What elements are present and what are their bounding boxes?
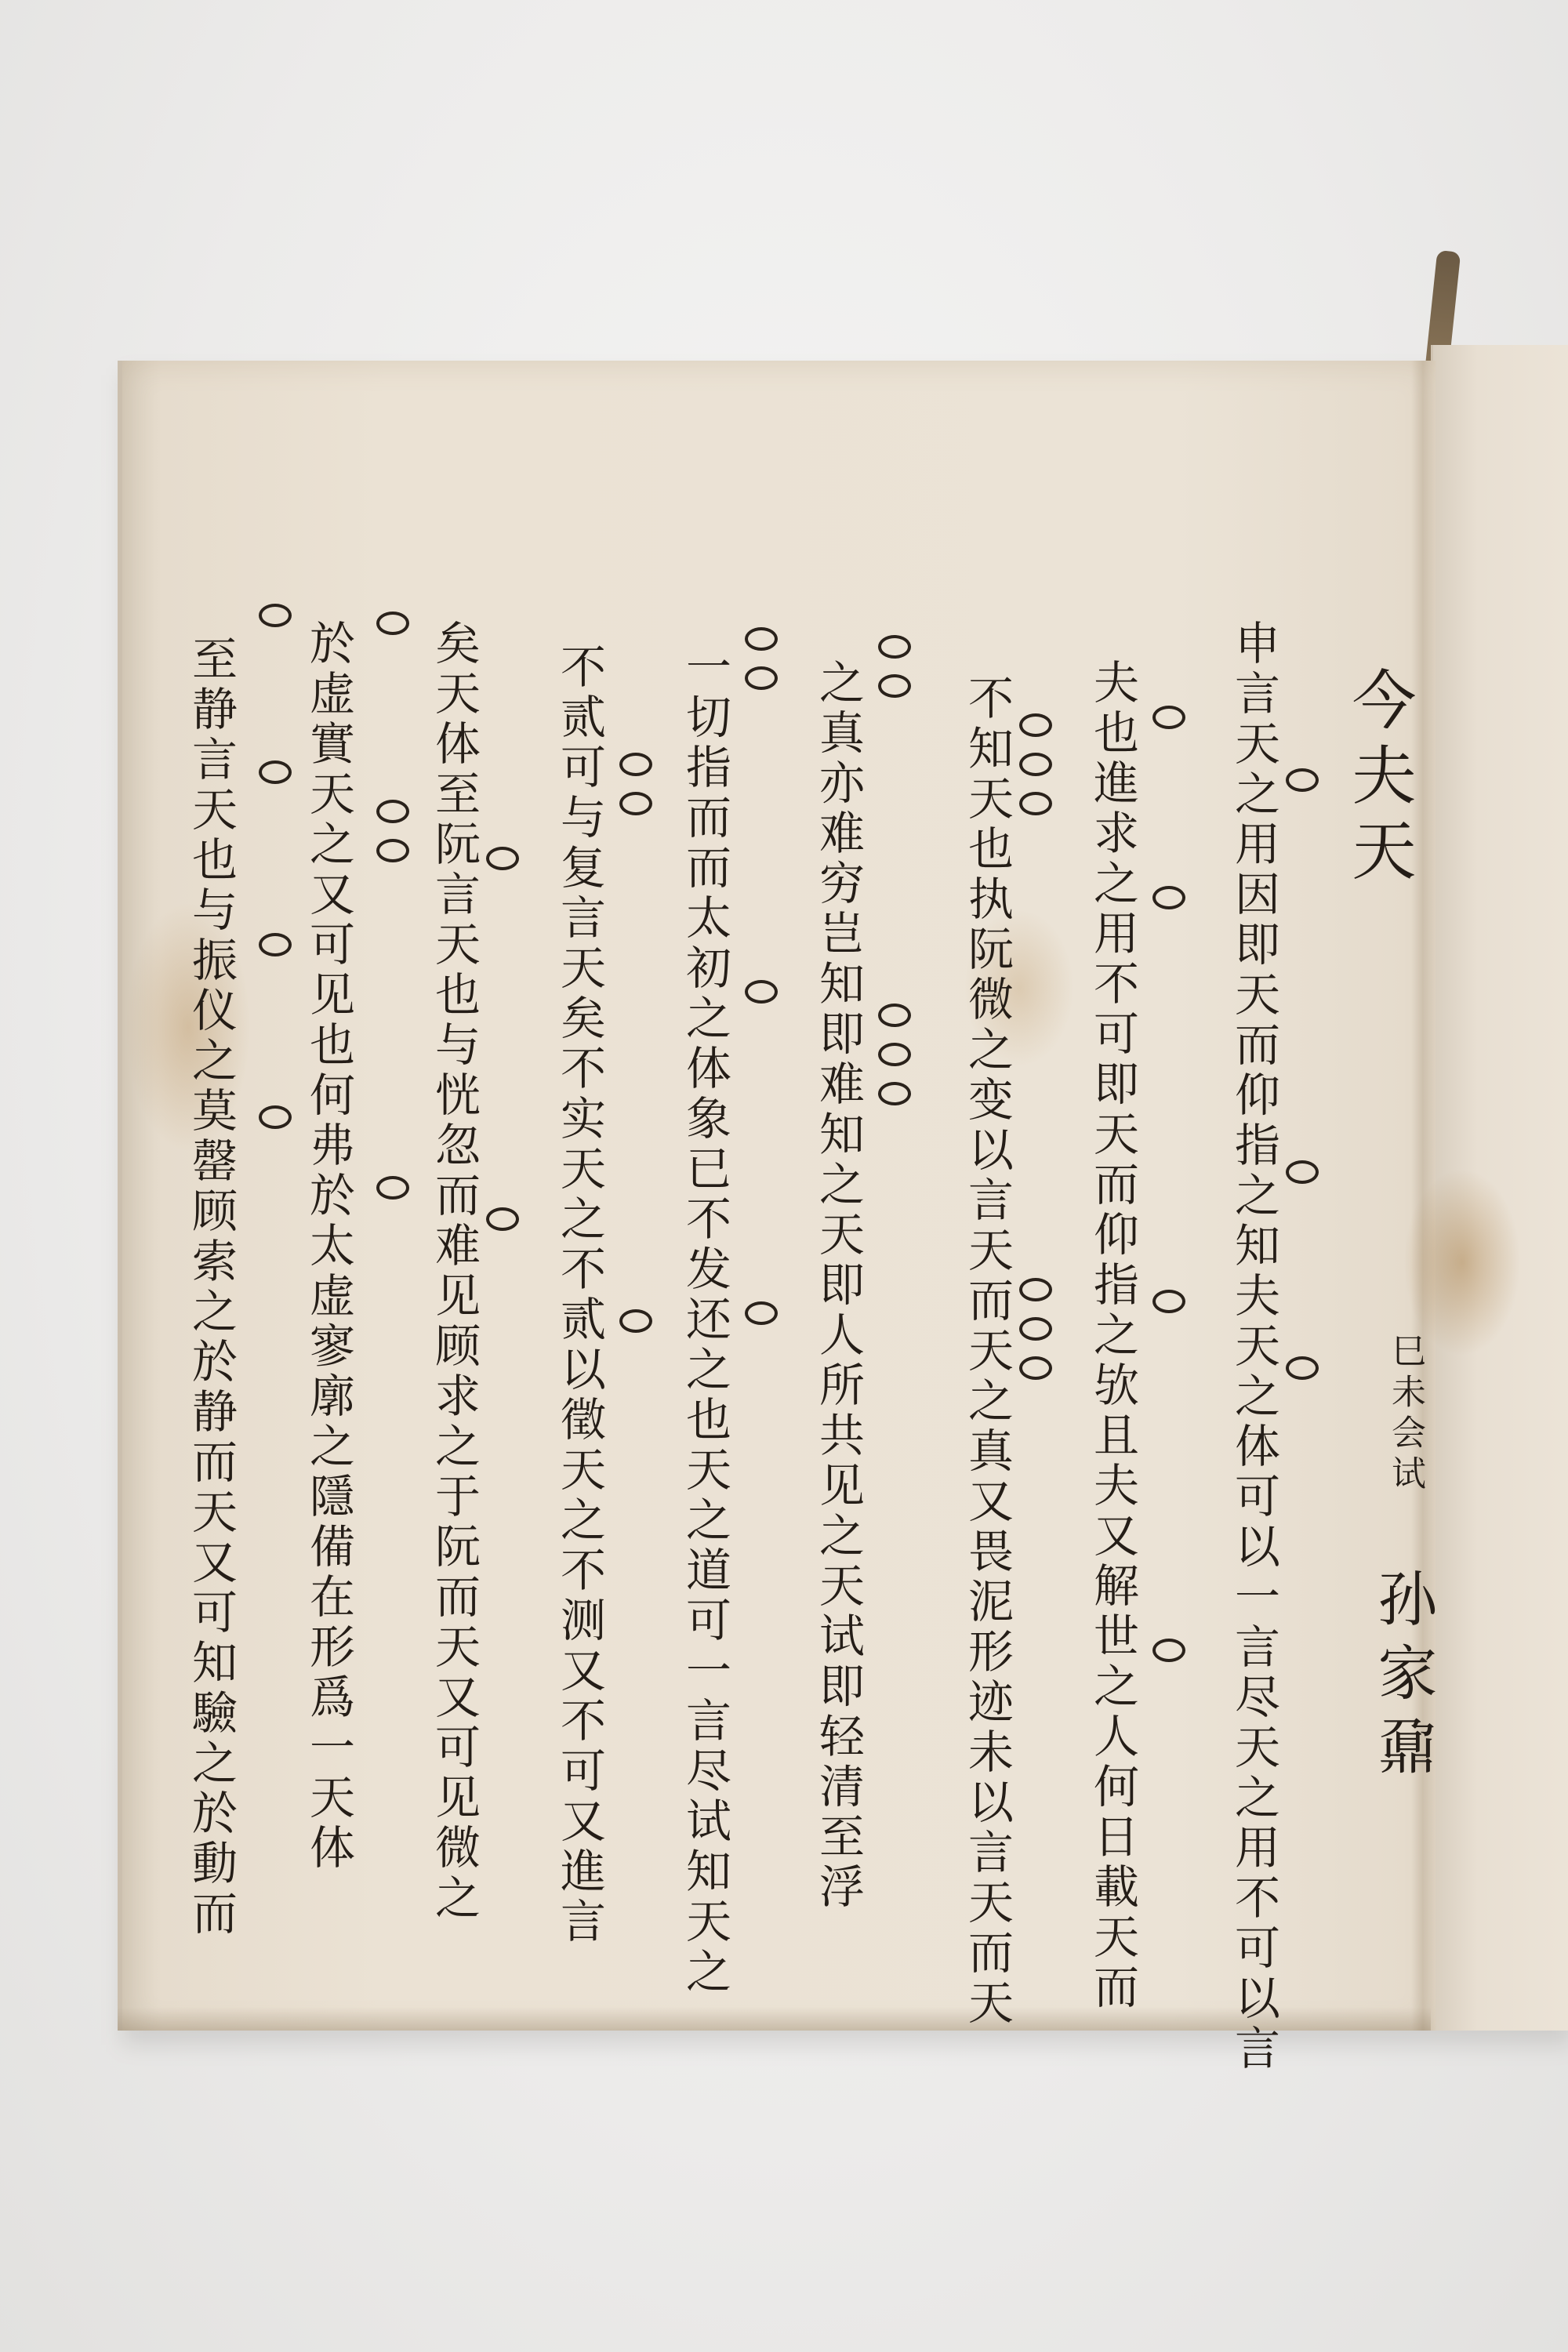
text-column-1: 申言天之用因即天而仰指之知夫天之体可以一言尽天之用不可以言: [1231, 619, 1276, 2074]
circle-mark: [878, 1004, 911, 1027]
circle-mark: [1152, 1290, 1185, 1313]
text-column-9: 至静言天也与振仪之莫罄顾索之於静而天又可知驗之於動而: [188, 635, 234, 1940]
circle-mark: [1019, 792, 1052, 815]
circle-mark: [1286, 1160, 1319, 1184]
text-column-8: 於虚實天之又可见也何弗於太虚寥廓之隱備在形爲一天体: [306, 619, 351, 1874]
circle-mark: [745, 980, 778, 1004]
circle-mark: [619, 1309, 652, 1333]
circle-mark: [1152, 1639, 1185, 1662]
circle-mark: [376, 1176, 409, 1200]
open-manuscript-book: 今夫天 巳未会试 孙家鼐 申言天之用因即天而仰指之知夫天之体可以一言尽天之用不可…: [118, 361, 1568, 2038]
circle-mark: [1019, 1356, 1052, 1380]
circle-mark: [619, 753, 652, 776]
circle-mark: [259, 933, 292, 956]
circle-mark: [259, 604, 292, 627]
circle-mark: [1019, 713, 1052, 737]
circle-mark: [619, 792, 652, 815]
circle-mark: [376, 839, 409, 862]
text-column-3: 不知天也执阮微之变以言天而天之真又畏泥形迹未以言天而天: [964, 674, 1010, 2029]
circle-mark: [1152, 886, 1185, 909]
author-name: 孙家鼐: [1360, 1568, 1446, 1789]
circle-mark: [1019, 1317, 1052, 1341]
text-column-5: 一切指而而太初之体象已不发还之也天之道可一言尽试知天之: [682, 643, 728, 1998]
text-column-6: 不贰可与复言天矣不实天之不贰以徵天之不测又不可又進言: [557, 643, 602, 1947]
circle-mark: [878, 674, 911, 698]
circle-mark: [745, 666, 778, 690]
exam-session-label: 巳未会试: [1380, 1333, 1430, 1496]
water-stain: [1403, 1168, 1521, 1356]
circle-mark: [376, 612, 409, 635]
essay-title: 今夫天: [1333, 666, 1425, 892]
circle-mark: [745, 627, 778, 651]
circle-mark: [486, 847, 519, 870]
circle-mark: [1286, 1356, 1319, 1380]
circle-mark: [878, 635, 911, 659]
circle-mark: [376, 800, 409, 823]
circle-mark: [878, 1043, 911, 1066]
circle-mark: [259, 1105, 292, 1129]
circle-mark: [259, 760, 292, 784]
circle-mark: [878, 1082, 911, 1105]
circle-mark: [1019, 1278, 1052, 1301]
circle-mark: [1019, 753, 1052, 776]
circle-mark: [486, 1207, 519, 1231]
text-column-7: 矣天体至阮言天也与恍忽而难见顾求之于阮而天又可见微之: [431, 619, 477, 1924]
circle-mark: [745, 1301, 778, 1325]
text-column-2: 夫也進求之用不可即天而仰指之欤且夫又解世之人何日載天而: [1090, 659, 1135, 2013]
circle-mark: [1286, 768, 1319, 792]
circle-mark: [1152, 706, 1185, 729]
text-column-4: 之真亦难穷岂知即难知之天即人所共见之天试即轻清至浮: [815, 659, 861, 1913]
